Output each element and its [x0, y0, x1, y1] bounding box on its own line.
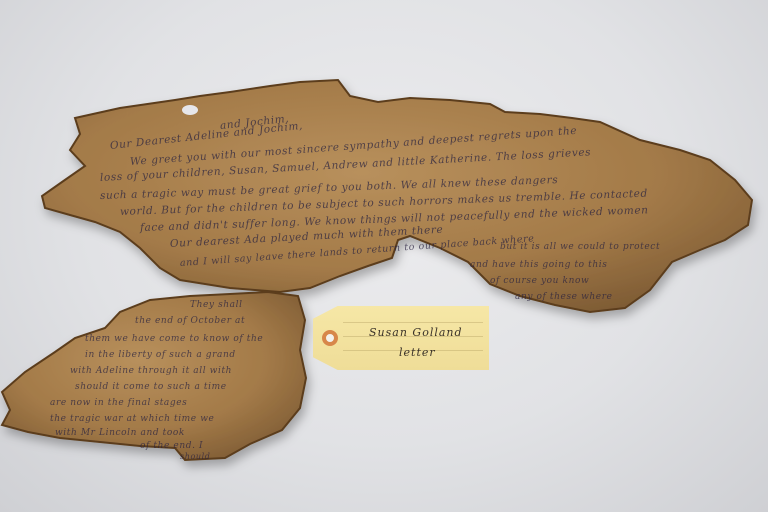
tag-eyelet [322, 330, 338, 346]
letter-line: of the end. I [140, 441, 203, 451]
photo-scene: and Jochim, Our Dearest Adeline and Joch… [0, 0, 768, 512]
tag-label: letter [399, 346, 436, 359]
letter-line: should it come to such a time [75, 382, 227, 392]
letter-line: the tragic war at which time we [50, 414, 214, 424]
letter-line: them we have come to know of the [85, 334, 263, 344]
letter-line: are now in the final stages [50, 398, 187, 408]
letter-line: should [180, 452, 211, 461]
letter-line: the end of October at [135, 316, 245, 326]
identification-tag: Susan Golland letter [313, 306, 489, 370]
letter-line: with Mr Lincoln and took [55, 428, 185, 438]
letter-line: any of these where [515, 292, 613, 302]
letter-line: with Adeline through it all with [70, 366, 232, 376]
tag-name: Susan Golland [369, 326, 463, 339]
letter-line: in the liberty of such a grand [85, 350, 236, 360]
letter-line: and have this going to this [470, 260, 607, 270]
tag-rule [343, 322, 483, 323]
letter-line: They shall [190, 300, 243, 310]
letter-line: of course you know [490, 276, 589, 286]
letter-line: but it is all we could to protect [500, 242, 660, 252]
